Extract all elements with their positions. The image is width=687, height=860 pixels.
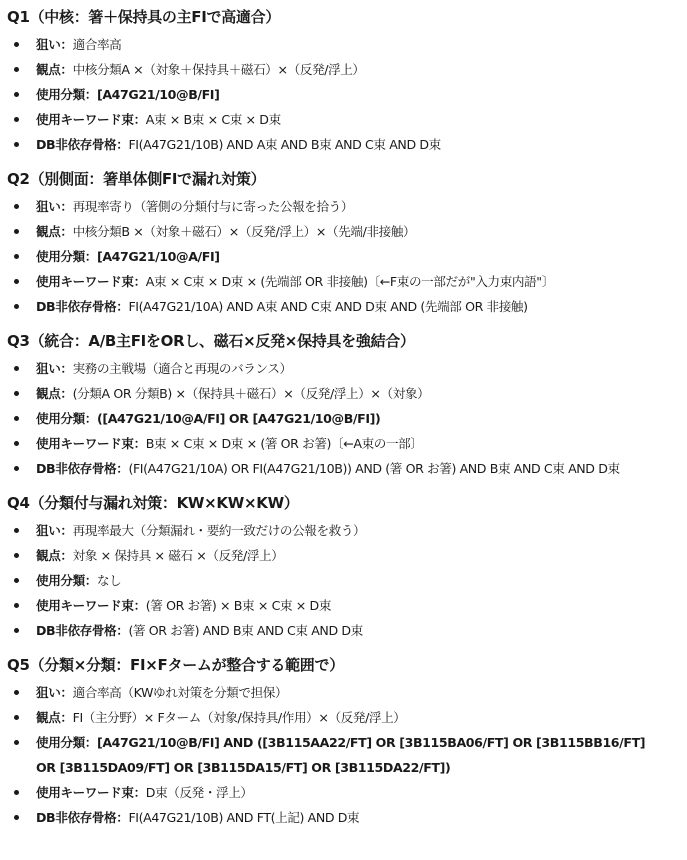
list-item-keyword-bundle: 使用キーワード束：(箸 OR お箸) × B束 × C束 × D束 — [7, 593, 687, 618]
label-separator: ： — [116, 137, 128, 152]
item-value: FI（主分野）× Fターム（対象/保持具/作用）×（反発/浮上） — [73, 710, 406, 725]
label-separator: ： — [60, 37, 72, 52]
item-label: 狙い — [36, 37, 60, 52]
item-list: 狙い：再現率最大（分類漏れ・要約一致だけの公報を救う） 観点：対象 × 保持具 … — [7, 518, 687, 643]
item-label: 観点 — [36, 224, 60, 239]
bullet-icon — [14, 42, 19, 47]
bullet-icon — [14, 790, 19, 795]
bullet-icon — [14, 117, 19, 122]
item-value: [A47G21/10@A/FI] — [97, 249, 220, 264]
bullet-icon — [14, 254, 19, 259]
item-value: 再現率寄り（箸側の分類付与に寄った公報を拾う） — [73, 199, 353, 214]
item-value: ([A47G21/10@A/FI] OR [A47G21/10@B/FI]) — [97, 411, 380, 426]
item-value: [A47G21/10@B/FI] — [97, 87, 219, 102]
label-separator: ： — [85, 573, 97, 588]
item-value: 実務の主戦場（適合と再現のバランス） — [73, 361, 292, 376]
item-label: 使用分類 — [36, 735, 85, 750]
item-value: 中核分類B ×（対象＋磁石）×（反発/浮上）×（先端/非接触） — [73, 224, 416, 239]
label-separator: ： — [116, 623, 128, 638]
list-item-aim: 狙い：実務の主戦場（適合と再現のバランス） — [7, 356, 687, 381]
list-item-skeleton: DB非依存骨格：FI(A47G21/10B) AND FT(上記) AND D束 — [7, 805, 687, 830]
item-value: なし — [97, 573, 121, 588]
bullet-icon — [14, 304, 19, 309]
item-label: 使用キーワード束 — [36, 274, 134, 289]
item-label: DB非依存骨格 — [36, 299, 116, 314]
list-item-viewpoint: 観点：(分類A OR 分類B) ×（保持具＋磁石）×（反発/浮上）×（対象） — [7, 381, 687, 406]
item-list: 狙い：再現率寄り（箸側の分類付与に寄った公報を拾う） 観点：中核分類B ×（対象… — [7, 194, 687, 319]
bullet-icon — [14, 229, 19, 234]
item-label: DB非依存骨格 — [36, 137, 116, 152]
label-separator: ： — [116, 461, 128, 476]
list-item-aim: 狙い：再現率寄り（箸側の分類付与に寄った公報を拾う） — [7, 194, 687, 219]
label-separator: ： — [134, 436, 146, 451]
list-item-skeleton: DB非依存骨格：(箸 OR お箸) AND B束 AND C束 AND D束 — [7, 618, 687, 643]
item-label: 狙い — [36, 199, 60, 214]
label-separator: ： — [60, 386, 72, 401]
label-separator: ： — [60, 62, 72, 77]
section-heading: Q5（分類×分類：FI×Fタームが整合する範囲で） — [7, 654, 687, 676]
item-label: DB非依存骨格 — [36, 461, 116, 476]
item-label: 観点 — [36, 386, 60, 401]
list-item-classification: 使用分類：なし — [7, 568, 687, 593]
item-value: (FI(A47G21/10A) OR FI(A47G21/10B)) AND (… — [128, 461, 619, 476]
item-value: 適合率高 — [73, 37, 122, 52]
item-value: (分類A OR 分類B) ×（保持具＋磁石）×（反発/浮上）×（対象） — [73, 386, 430, 401]
item-label: 観点 — [36, 710, 60, 725]
bullet-icon — [14, 528, 19, 533]
list-item-aim: 狙い：再現率最大（分類漏れ・要約一致だけの公報を救う） — [7, 518, 687, 543]
item-value: (箸 OR お箸) × B束 × C束 × D束 — [146, 598, 331, 613]
item-label: 使用分類 — [36, 249, 85, 264]
label-separator: ： — [116, 810, 128, 825]
list-item-keyword-bundle: 使用キーワード束：A束 × C束 × D束 × (先端部 OR 非接触)〔←F束… — [7, 269, 687, 294]
bullet-icon — [14, 142, 19, 147]
list-item-aim: 狙い：適合率高（KWゆれ対策を分類で担保） — [7, 680, 687, 705]
label-separator: ： — [60, 199, 72, 214]
label-separator: ： — [85, 87, 97, 102]
item-label: DB非依存骨格 — [36, 810, 116, 825]
list-item-skeleton: DB非依存骨格：FI(A47G21/10B) AND A束 AND B束 AND… — [7, 132, 687, 157]
bullet-icon — [14, 578, 19, 583]
bullet-icon — [14, 92, 19, 97]
list-item-viewpoint: 観点：対象 × 保持具 × 磁石 ×（反発/浮上） — [7, 543, 687, 568]
item-label: 使用分類 — [36, 573, 85, 588]
section-heading: Q2（別側面：箸単体側FIで漏れ対策） — [7, 168, 687, 190]
item-label: 狙い — [36, 523, 60, 538]
section-q5: Q5（分類×分類：FI×Fタームが整合する範囲で） 狙い：適合率高（KWゆれ対策… — [7, 654, 687, 830]
section-heading: Q3（統合：A/B主FIをORし、磁石×反発×保持具を強結合） — [7, 330, 687, 352]
list-item-skeleton: DB非依存骨格：(FI(A47G21/10A) OR FI(A47G21/10B… — [7, 456, 687, 481]
item-value: A束 × C束 × D束 × (先端部 OR 非接触)〔←F束の一部だが"入力束… — [146, 274, 554, 289]
label-separator: ： — [60, 224, 72, 239]
item-label: 使用キーワード束 — [36, 785, 134, 800]
bullet-icon — [14, 740, 19, 745]
list-item-classification: 使用分類：[A47G21/10@B/FI] AND ([3B115AA22/FT… — [7, 730, 656, 780]
item-label: 使用分類 — [36, 411, 85, 426]
bullet-icon — [14, 441, 19, 446]
label-separator: ： — [60, 523, 72, 538]
item-value: 適合率高（KWゆれ対策を分類で担保） — [73, 685, 288, 700]
bullet-icon — [14, 553, 19, 558]
item-label: 観点 — [36, 62, 60, 77]
list-item-aim: 狙い：適合率高 — [7, 32, 687, 57]
item-value: B束 × C束 × D束 × (箸 OR お箸)〔←A束の一部〕 — [146, 436, 423, 451]
label-separator: ： — [85, 249, 97, 264]
label-separator: ： — [134, 785, 146, 800]
list-item-viewpoint: 観点：中核分類B ×（対象＋磁石）×（反発/浮上）×（先端/非接触） — [7, 219, 687, 244]
section-q1: Q1（中核：箸＋保持具の主FIで高適合） 狙い：適合率高 観点：中核分類A ×（… — [7, 6, 687, 157]
label-separator: ： — [85, 735, 97, 750]
list-item-viewpoint: 観点：中核分類A ×（対象＋保持具＋磁石）×（反発/浮上） — [7, 57, 687, 82]
item-value: 中核分類A ×（対象＋保持具＋磁石）×（反発/浮上） — [73, 62, 365, 77]
bullet-icon — [14, 67, 19, 72]
bullet-icon — [14, 391, 19, 396]
label-separator: ： — [60, 548, 72, 563]
bullet-icon — [14, 366, 19, 371]
item-value: FI(A47G21/10A) AND A束 AND C束 AND D束 AND … — [128, 299, 527, 314]
bullet-icon — [14, 715, 19, 720]
bullet-icon — [14, 690, 19, 695]
list-item-classification: 使用分類：([A47G21/10@A/FI] OR [A47G21/10@B/F… — [7, 406, 687, 431]
item-value: D束（反発・浮上） — [146, 785, 253, 800]
item-label: 使用分類 — [36, 87, 85, 102]
bullet-icon — [14, 416, 19, 421]
section-q2: Q2（別側面：箸単体側FIで漏れ対策） 狙い：再現率寄り（箸側の分類付与に寄った… — [7, 168, 687, 319]
item-list: 狙い：適合率高 観点：中核分類A ×（対象＋保持具＋磁石）×（反発/浮上） 使用… — [7, 32, 687, 157]
item-list: 狙い：実務の主戦場（適合と再現のバランス） 観点：(分類A OR 分類B) ×（… — [7, 356, 687, 481]
section-q3: Q3（統合：A/B主FIをORし、磁石×反発×保持具を強結合） 狙い：実務の主戦… — [7, 330, 687, 481]
section-heading: Q1（中核：箸＋保持具の主FIで高適合） — [7, 6, 687, 28]
label-separator: ： — [134, 112, 146, 127]
bullet-icon — [14, 204, 19, 209]
document: Q1（中核：箸＋保持具の主FIで高適合） 狙い：適合率高 観点：中核分類A ×（… — [0, 0, 687, 830]
bullet-icon — [14, 628, 19, 633]
item-value: A束 × B束 × C束 × D束 — [146, 112, 281, 127]
item-label: 狙い — [36, 685, 60, 700]
item-label: DB非依存骨格 — [36, 623, 116, 638]
item-value: FI(A47G21/10B) AND FT(上記) AND D束 — [128, 810, 359, 825]
item-label: 観点 — [36, 548, 60, 563]
item-label: 狙い — [36, 361, 60, 376]
label-separator: ： — [134, 274, 146, 289]
section-q4: Q4（分類付与漏れ対策：KW×KW×KW） 狙い：再現率最大（分類漏れ・要約一致… — [7, 492, 687, 643]
item-value: FI(A47G21/10B) AND A束 AND B束 AND C束 AND … — [128, 137, 440, 152]
label-separator: ： — [60, 685, 72, 700]
item-value: 対象 × 保持具 × 磁石 ×（反発/浮上） — [73, 548, 284, 563]
label-separator: ： — [60, 710, 72, 725]
bullet-icon — [14, 603, 19, 608]
list-item-keyword-bundle: 使用キーワード束：A束 × B束 × C束 × D束 — [7, 107, 687, 132]
item-label: 使用キーワード束 — [36, 112, 134, 127]
bullet-icon — [14, 466, 19, 471]
label-separator: ： — [85, 411, 97, 426]
list-item-classification: 使用分類：[A47G21/10@A/FI] — [7, 244, 687, 269]
section-heading: Q4（分類付与漏れ対策：KW×KW×KW） — [7, 492, 687, 514]
label-separator: ： — [134, 598, 146, 613]
list-item-classification: 使用分類：[A47G21/10@B/FI] — [7, 82, 687, 107]
item-label: 使用キーワード束 — [36, 436, 134, 451]
item-value: (箸 OR お箸) AND B束 AND C束 AND D束 — [128, 623, 362, 638]
label-separator: ： — [60, 361, 72, 376]
label-separator: ： — [116, 299, 128, 314]
list-item-skeleton: DB非依存骨格：FI(A47G21/10A) AND A束 AND C束 AND… — [7, 294, 687, 319]
list-item-viewpoint: 観点：FI（主分野）× Fターム（対象/保持具/作用）×（反発/浮上） — [7, 705, 687, 730]
list-item-keyword-bundle: 使用キーワード束：D束（反発・浮上） — [7, 780, 687, 805]
item-label: 使用キーワード束 — [36, 598, 134, 613]
item-value: [A47G21/10@B/FI] AND ([3B115AA22/FT] OR … — [36, 735, 645, 775]
item-list: 狙い：適合率高（KWゆれ対策を分類で担保） 観点：FI（主分野）× Fターム（対… — [7, 680, 687, 830]
item-value: 再現率最大（分類漏れ・要約一致だけの公報を救う） — [73, 523, 366, 538]
list-item-keyword-bundle: 使用キーワード束：B束 × C束 × D束 × (箸 OR お箸)〔←A束の一部… — [7, 431, 687, 456]
bullet-icon — [14, 815, 19, 820]
bullet-icon — [14, 279, 19, 284]
